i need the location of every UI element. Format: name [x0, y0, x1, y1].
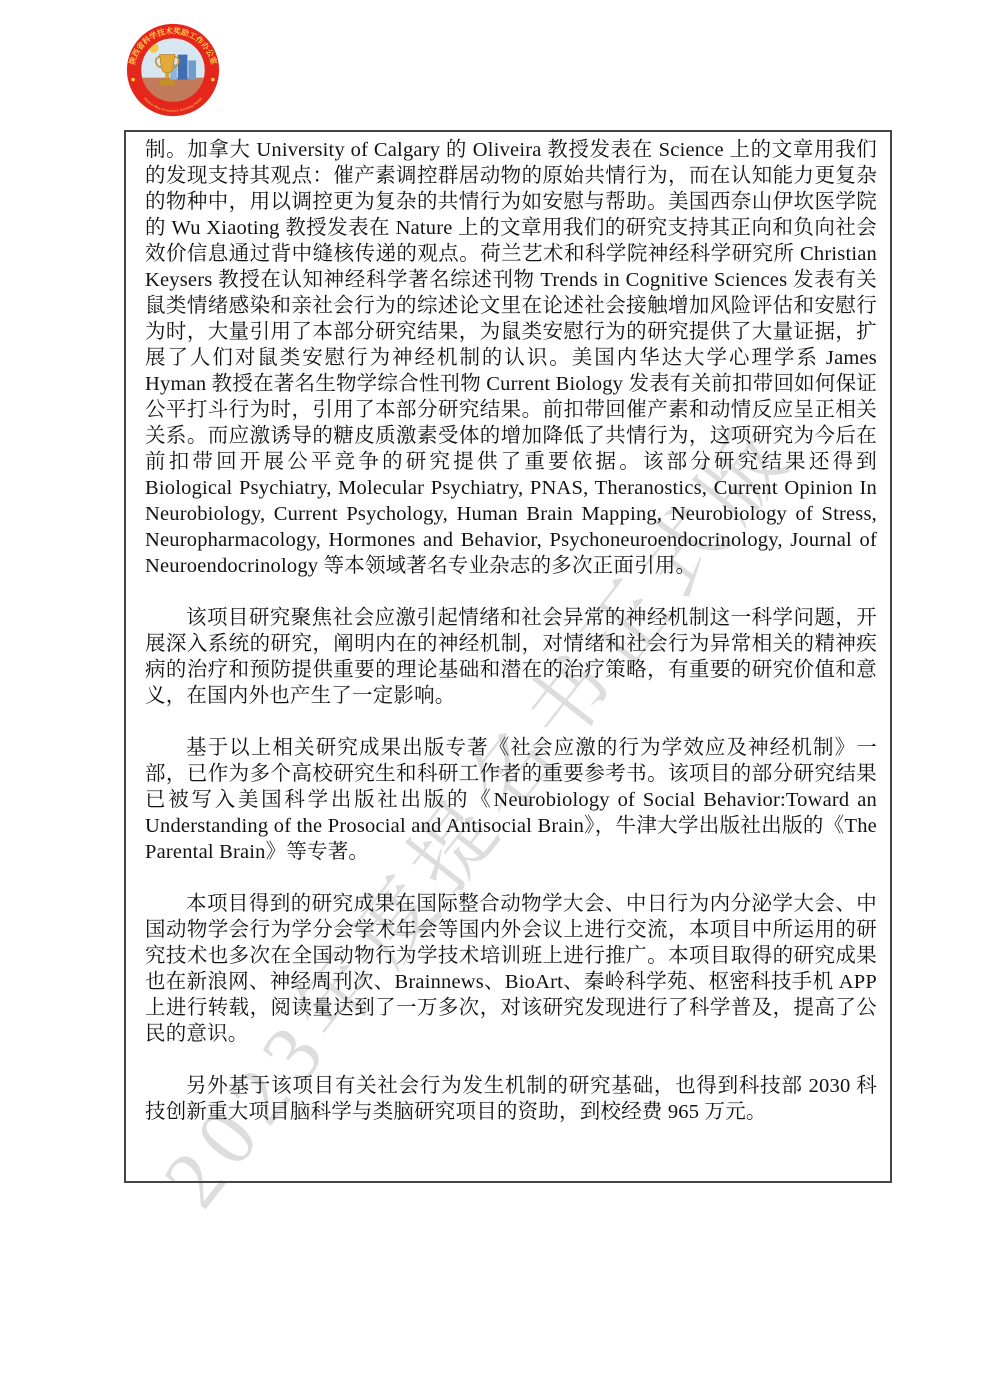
paragraph-project-focus: 该项目研究聚焦社会应激引起情绪和社会异常的神经机制这一科学问题，开展深入系统的研…: [145, 605, 877, 709]
seal-side-dot-left: [131, 78, 134, 81]
paragraph-monographs: 基于以上相关研究成果出版专著《社会应激的行为学效应及神经机制》一部，已作为多个高…: [145, 735, 877, 865]
award-office-seal: 陕西省科学技术奖励工作办公室 Shaanxi Office Of Science…: [125, 22, 221, 118]
paragraph-conferences-media: 本项目得到的研究成果在国际整合动物学大会、中日行为内分泌学大会、中国动物学会行为…: [145, 891, 877, 1047]
paragraph-citations-continued: 制。加拿大 University of Calgary 的 Oliveira 教…: [145, 137, 877, 579]
seal-graphic: 陕西省科学技术奖励工作办公室 Shaanxi Office Of Science…: [125, 22, 221, 118]
paragraph-funding: 另外基于该项目有关社会行为发生机制的研究基础，也得到科技部 2030 科技创新重…: [145, 1073, 877, 1125]
document-text-box: 制。加拿大 University of Calgary 的 Oliveira 教…: [124, 130, 892, 1183]
seal-side-dot-right: [211, 78, 214, 81]
seal-center-photo: [141, 38, 204, 101]
